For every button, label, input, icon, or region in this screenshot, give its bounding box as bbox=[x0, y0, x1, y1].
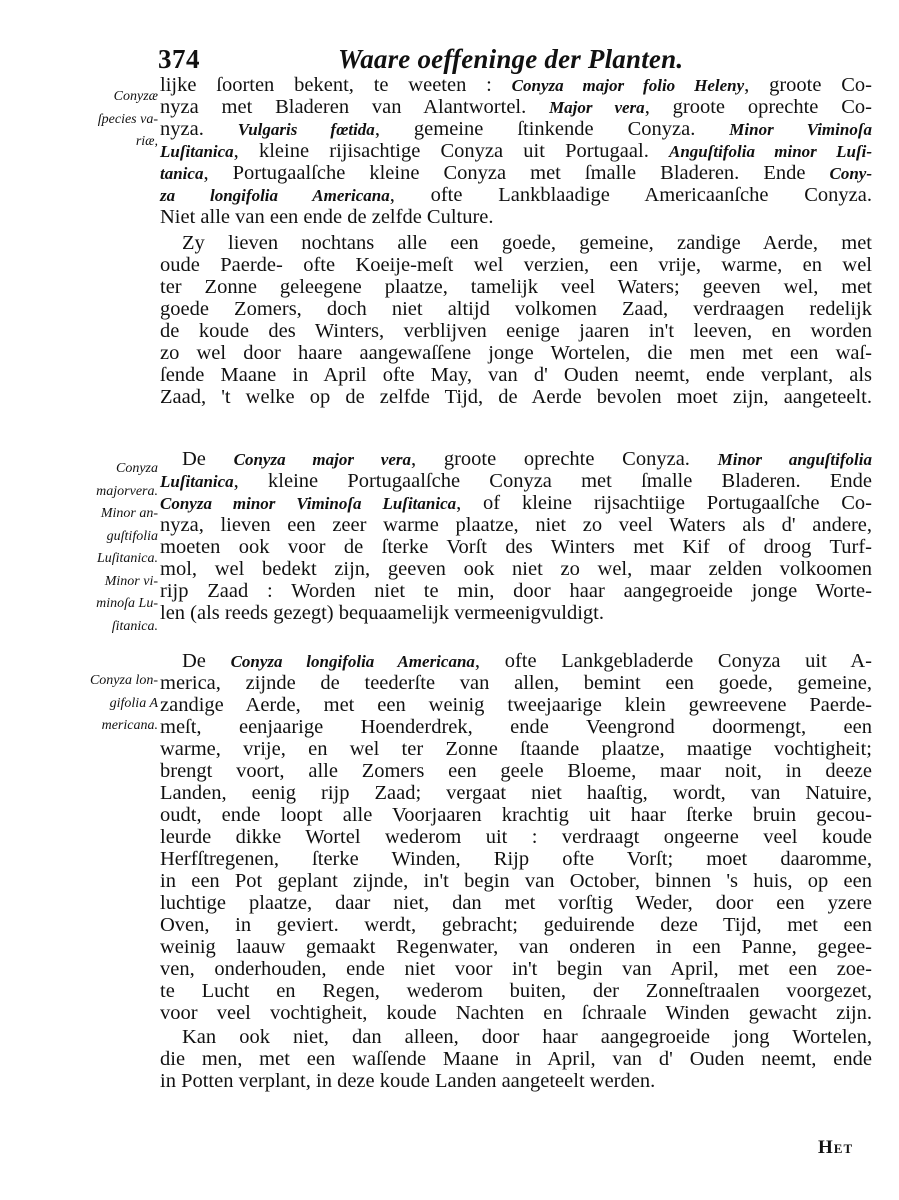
margin-note-line: Conyza bbox=[58, 458, 158, 481]
text-segment: , groote oprechte Conyza. bbox=[411, 448, 718, 470]
text-line: ven, onderhouden, ende niet voor in't be… bbox=[160, 958, 872, 980]
text-segment: , groote Co- bbox=[744, 74, 872, 96]
text-line: moeten ook voor de ſterke Vorſt des Wint… bbox=[160, 536, 872, 558]
text-segment: De bbox=[182, 448, 234, 470]
latin-name: Conyza longifolia Americana bbox=[231, 652, 475, 671]
text-line: goede Zomers, doch niet altijd volkomen … bbox=[160, 298, 872, 320]
text-segment: goede Zomers, doch niet altijd volkomen … bbox=[160, 298, 872, 320]
text-segment: de koude des Winters, verblijven eenige … bbox=[160, 320, 872, 342]
text-line: luchtige plaatze, daar niet, dan met vor… bbox=[160, 892, 872, 914]
text-segment: nyza met Bladeren van Alantwortel. bbox=[160, 96, 549, 118]
margin-note-line: ſitanica. bbox=[58, 616, 158, 639]
catchword: Het bbox=[818, 1137, 853, 1159]
text-segment: in Potten verplant, in deze koude Landen… bbox=[160, 1070, 655, 1092]
text-line: te Lucht en Regen, wederom buiten, der Z… bbox=[160, 980, 872, 1002]
latin-name: za longifolia Americana bbox=[160, 186, 390, 205]
latin-name: Conyza minor Viminoſa Luſitanica bbox=[160, 494, 456, 513]
text-line: Oven, in geviert. werdt, gebracht; gedui… bbox=[160, 914, 872, 936]
text-segment: nyza. bbox=[160, 118, 238, 140]
text-line: Kan ook niet, dan alleen, door haar aang… bbox=[160, 1026, 872, 1048]
text-segment: luchtige plaatze, daar niet, dan met vor… bbox=[160, 892, 872, 914]
text-line: meſt, eenjaarige Hoenderdrek, ende Veeng… bbox=[160, 716, 872, 738]
margin-note-line: guſtifolia bbox=[58, 526, 158, 549]
text-line: tanica, Portugaalſche kleine Conyza met … bbox=[160, 162, 872, 184]
latin-name: Anguſtifolia minor Luſi- bbox=[669, 142, 872, 161]
margin-note-line: Minor vi- bbox=[58, 571, 158, 594]
text-segment: ter Zonne geleegene plaatze, tamelijk ve… bbox=[160, 276, 872, 298]
latin-name: Minor anguſtifolia bbox=[718, 450, 872, 469]
margin-note-line: Minor an- bbox=[58, 503, 158, 526]
text-segment: , groote oprechte Co- bbox=[645, 96, 872, 118]
text-line: zandige Aerde, met een weinig tweejaarig… bbox=[160, 694, 872, 716]
margin-note-line: riæ, bbox=[58, 131, 158, 154]
text-segment: Zy lieven nochtans alle een goede, gemei… bbox=[182, 232, 872, 254]
text-line: Luſitanica, kleine Portugaalſche Conyza … bbox=[160, 470, 872, 492]
text-segment: voor veel vochtigheit, koude Nachten en … bbox=[160, 1002, 872, 1024]
text-segment: warme, vrije, en wel ter Zonne ſtaande p… bbox=[160, 738, 872, 760]
margin-note-line: ſpecies va- bbox=[58, 109, 158, 132]
latin-name: Vulgaris fœtida bbox=[238, 120, 375, 139]
text-line: warme, vrije, en wel ter Zonne ſtaande p… bbox=[160, 738, 872, 760]
text-line: za longifolia Americana, ofte Lankblaadi… bbox=[160, 184, 872, 206]
text-line: Conyza minor Viminoſa Luſitanica, of kle… bbox=[160, 492, 872, 514]
text-segment: len (als reeds gezegt) bequaamelijk verm… bbox=[160, 602, 604, 624]
latin-name: Minor Viminoſa bbox=[729, 120, 872, 139]
text-line: rijp Zaad : Worden niet te min, door haa… bbox=[160, 580, 872, 602]
margin-note: Conyza lon-gifolia Americana. bbox=[58, 670, 158, 738]
page-number: 374 bbox=[158, 44, 200, 75]
text-segment: te Lucht en Regen, wederom buiten, der Z… bbox=[160, 980, 872, 1002]
text-segment: Zaad, 't welke op de zelfde Tijd, de Aer… bbox=[160, 386, 872, 408]
text-line: ter Zonne geleegene plaatze, tamelijk ve… bbox=[160, 276, 872, 298]
margin-note: Conyzamajorvera.Minor an-guſtifoliaLuſit… bbox=[58, 458, 158, 638]
text-line: die men, met een waſſende Maane in April… bbox=[160, 1048, 872, 1070]
text-line: zo wel door haare aangewaſſene jonge Wor… bbox=[160, 342, 872, 364]
text-segment: mol, wel bedekt zijn, geeven ook niet zo… bbox=[160, 558, 872, 580]
latin-name: Conyza major folio Heleny bbox=[512, 76, 744, 95]
text-segment: Landen, eenig rijp Zaad; vergaat niet ha… bbox=[160, 782, 872, 804]
text-segment: Herfſtregenen, ſterke Winden, Rijp ofte … bbox=[160, 848, 872, 870]
text-line: De Conyza major vera, groote oprechte Co… bbox=[160, 448, 872, 470]
text-segment: ſende Maane in April ofte May, van d' Ou… bbox=[160, 364, 872, 386]
text-segment: , gemeine ſtinkende Conyza. bbox=[375, 118, 729, 140]
text-segment: rijp Zaad : Worden niet te min, door haa… bbox=[160, 580, 872, 602]
latin-name: Major vera bbox=[549, 98, 645, 117]
text-line: de koude des Winters, verblijven eenige … bbox=[160, 320, 872, 342]
margin-note: Conyzæſpecies va-riæ, bbox=[58, 86, 158, 154]
margin-note-line: Luſitanica. bbox=[58, 548, 158, 571]
text-segment: weinig laauw gemaakt Regenwater, van ond… bbox=[160, 936, 872, 958]
margin-note-line: gifolia A bbox=[58, 693, 158, 716]
text-line: ſende Maane in April ofte May, van d' Ou… bbox=[160, 364, 872, 386]
text-line: leurde dikke Wortel wederom uit : verdra… bbox=[160, 826, 872, 848]
text-line: De Conyza longifolia Americana, ofte Lan… bbox=[160, 650, 872, 672]
latin-name: tanica bbox=[160, 164, 203, 183]
text-line: nyza, lieven een zeer warme plaatze, nie… bbox=[160, 514, 872, 536]
text-line: voor veel vochtigheit, koude Nachten en … bbox=[160, 1002, 872, 1024]
latin-name: Cony- bbox=[830, 164, 873, 183]
margin-note-line: majorvera. bbox=[58, 481, 158, 504]
text-segment: , Portugaalſche kleine Conyza met ſmalle… bbox=[203, 162, 829, 184]
text-line: weinig laauw gemaakt Regenwater, van ond… bbox=[160, 936, 872, 958]
running-title: Waare oeffeninge der Planten. bbox=[338, 44, 683, 75]
text-line: Niet alle van een ende de zelfde Culture… bbox=[160, 206, 872, 228]
latin-name: Luſitanica bbox=[160, 472, 234, 491]
text-line: nyza. Vulgaris fœtida, gemeine ſtinkende… bbox=[160, 118, 872, 140]
text-segment: oudt, ende loopt alle Voorjaaren krachti… bbox=[160, 804, 872, 826]
text-segment: zo wel door haare aangewaſſene jonge Wor… bbox=[160, 342, 872, 364]
text-line: oudt, ende loopt alle Voorjaaren krachti… bbox=[160, 804, 872, 826]
text-segment: zandige Aerde, met een weinig tweejaarig… bbox=[160, 694, 872, 716]
text-segment: Oven, in geviert. werdt, gebracht; gedui… bbox=[160, 914, 872, 936]
text-segment: meſt, eenjaarige Hoenderdrek, ende Veeng… bbox=[160, 716, 872, 738]
text-segment: Niet alle van een ende de zelfde Culture… bbox=[160, 206, 494, 228]
text-segment: leurde dikke Wortel wederom uit : verdra… bbox=[160, 826, 872, 848]
text-line: brengt voort, alle Zomers een geele Bloe… bbox=[160, 760, 872, 782]
text-segment: , ofte Lankblaadige Americaanſche Conyza… bbox=[390, 184, 872, 206]
book-page: 374 Waare oeffeninge der Planten. Conyzæ… bbox=[0, 0, 899, 1200]
text-line: Landen, eenig rijp Zaad; vergaat niet ha… bbox=[160, 782, 872, 804]
text-segment: nyza, lieven een zeer warme plaatze, nie… bbox=[160, 514, 872, 536]
text-segment: die men, met een waſſende Maane in April… bbox=[160, 1048, 872, 1070]
text-segment: , kleine Portugaalſche Conyza met ſmalle… bbox=[234, 470, 872, 492]
text-segment: lijke ſoorten bekent, te weeten : bbox=[160, 74, 512, 96]
text-segment: brengt voort, alle Zomers een geele Bloe… bbox=[160, 760, 872, 782]
latin-name: Luſitanica bbox=[160, 142, 234, 161]
margin-note-line: minoſa Lu- bbox=[58, 593, 158, 616]
text-line: merica, zijnde de teederſte van allen, b… bbox=[160, 672, 872, 694]
text-segment: De bbox=[182, 650, 231, 672]
text-segment: moeten ook voor de ſterke Vorſt des Wint… bbox=[160, 536, 872, 558]
text-segment: , of kleine rijsachtiige Portugaalſche C… bbox=[456, 492, 872, 514]
text-segment: Kan ook niet, dan alleen, door haar aang… bbox=[182, 1026, 872, 1048]
text-line: Herfſtregenen, ſterke Winden, Rijp ofte … bbox=[160, 848, 872, 870]
text-line: Zaad, 't welke op de zelfde Tijd, de Aer… bbox=[160, 386, 872, 408]
margin-note-line: Conyzæ bbox=[58, 86, 158, 109]
text-line: in Potten verplant, in deze koude Landen… bbox=[160, 1070, 872, 1092]
text-line: Luſitanica, kleine rijisachtige Conyza u… bbox=[160, 140, 872, 162]
text-line: nyza met Bladeren van Alantwortel. Major… bbox=[160, 96, 872, 118]
text-line: oude Paerde- ofte Koeije-meſt wel verzie… bbox=[160, 254, 872, 276]
text-line: len (als reeds gezegt) bequaamelijk verm… bbox=[160, 602, 872, 624]
text-line: mol, wel bedekt zijn, geeven ook niet zo… bbox=[160, 558, 872, 580]
margin-note-line: mericana. bbox=[58, 715, 158, 738]
text-line: Zy lieven nochtans alle een goede, gemei… bbox=[160, 232, 872, 254]
text-segment: in een Pot geplant zijnde, in't begin va… bbox=[160, 870, 872, 892]
text-segment: merica, zijnde de teederſte van allen, b… bbox=[160, 672, 872, 694]
text-segment: ven, onderhouden, ende niet voor in't be… bbox=[160, 958, 872, 980]
latin-name: Conyza major vera bbox=[234, 450, 411, 469]
text-segment: , ofte Lankgebladerde Conyza uit A- bbox=[475, 650, 872, 672]
text-line: in een Pot geplant zijnde, in't begin va… bbox=[160, 870, 872, 892]
margin-note-line: Conyza lon- bbox=[58, 670, 158, 693]
text-line: lijke ſoorten bekent, te weeten : Conyza… bbox=[160, 74, 872, 96]
text-segment: oude Paerde- ofte Koeije-meſt wel verzie… bbox=[160, 254, 872, 276]
text-segment: , kleine rijisachtige Conyza uit Portuga… bbox=[234, 140, 669, 162]
